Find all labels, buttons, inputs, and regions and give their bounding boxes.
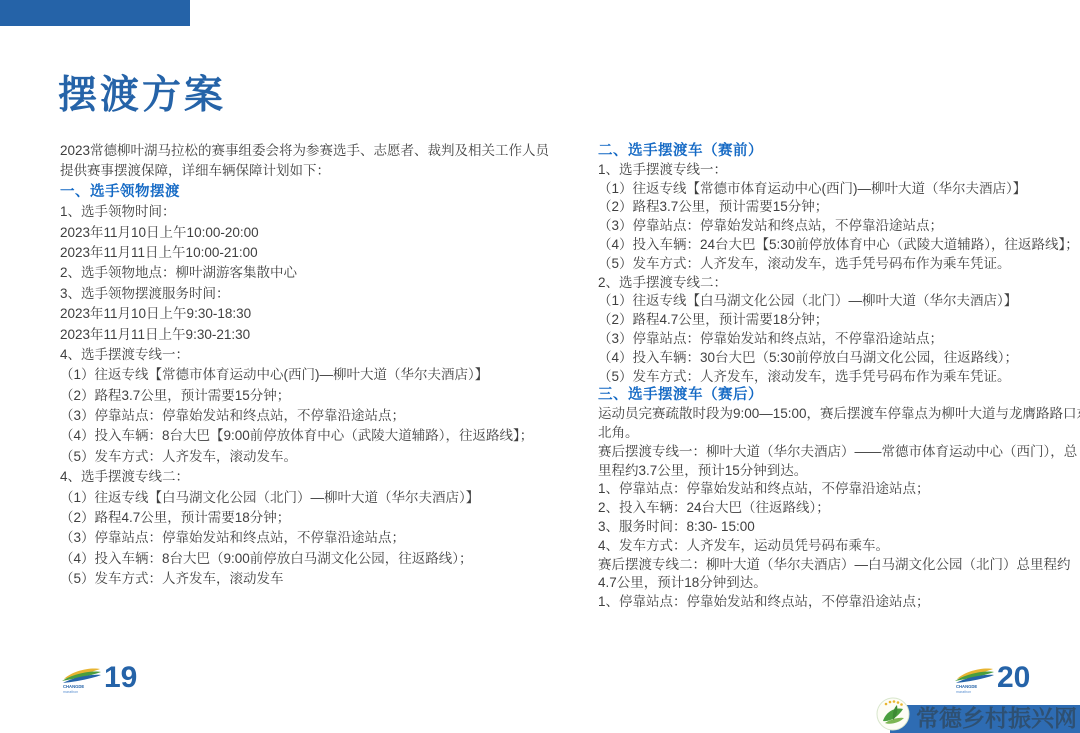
svg-text:CHANGDE: CHANGDE bbox=[956, 684, 977, 689]
svg-text:marathon: marathon bbox=[956, 690, 971, 694]
text-line: 运动员完赛疏散时段为9:00—15:00，赛后摆渡车停靠点为柳叶大道与龙膺路路口… bbox=[598, 405, 1070, 424]
text-line: （1）往返专线【常德市体育运动中心(西门)—柳叶大道（华尔夫酒店）】 bbox=[598, 180, 1070, 199]
text-line: 4.7公里，预计18分钟到达。 bbox=[598, 574, 1070, 593]
text-line: （1）往返专线【常德市体育运动中心(西门)—柳叶大道（华尔夫酒店）】 bbox=[60, 365, 532, 385]
text-line: （3）停靠站点：停靠始发站和终点站，不停靠沿途站点； bbox=[598, 330, 1070, 349]
text-line: （4）投入车辆：30台大巴（5:30前停放白马湖文化公园，往返路线）； bbox=[598, 349, 1070, 368]
text-line: （3）停靠站点：停靠始发站和终点站，不停靠沿途站点； bbox=[60, 528, 532, 548]
text-line: 北角。 bbox=[598, 424, 1070, 443]
text-line: （2）路程3.7公里，预计需要15分钟； bbox=[598, 198, 1070, 217]
section-heading: 二、选手摆渡车（赛前） bbox=[598, 142, 1070, 161]
text-line: 4、发车方式：人齐发车，运动员凭号码布乘车。 bbox=[598, 537, 1070, 556]
text-line: （3）停靠站点：停靠始发站和终点站，不停靠沿途站点； bbox=[60, 406, 532, 426]
text-line: 2023常德柳叶湖马拉松的赛事组委会将为参赛选手、志愿者、裁判及相关工作人员 bbox=[60, 141, 532, 161]
page-title: 摆渡方案 bbox=[58, 64, 226, 120]
section-heading: 三、选手摆渡车（赛后） bbox=[598, 386, 1070, 405]
text-line: 2、选手领物地点：柳叶湖游客集散中心 bbox=[60, 263, 532, 283]
text-line: （5）发车方式：人齐发车，滚动发车，选手凭号码布作为乘车凭证。 bbox=[598, 255, 1070, 274]
text-line: （2）路程4.7公里，预计需要18分钟； bbox=[60, 508, 532, 528]
watermark-logo-icon bbox=[876, 697, 910, 731]
text-line: （4）投入车辆：8台大巴【9:00前停放体育中心（武陵大道辅路），往返路线】； bbox=[60, 426, 532, 446]
text-line: （1）往返专线【白马湖文化公园（北门）—柳叶大道（华尔夫酒店）】 bbox=[598, 292, 1070, 311]
text-line: 2023年11月11日上午10:00-21:00 bbox=[60, 243, 532, 263]
page-number-right: 20 bbox=[997, 661, 1030, 695]
text-line: 赛后摆渡专线二：柳叶大道（华尔夫酒店）—白马湖文化公园（北门）总里程约 bbox=[598, 556, 1070, 575]
text-line: （3）停靠站点：停靠始发站和终点站，不停靠沿途站点； bbox=[598, 217, 1070, 236]
watermark-text: 常德乡村振兴网 bbox=[916, 700, 1080, 733]
text-line: 2、投入车辆：24台大巴（往返路线）； bbox=[598, 499, 1070, 518]
text-line: 里程约3.7公里，预计15分钟到达。 bbox=[598, 462, 1070, 481]
text-line: 2023年11月10日上午9:30-18:30 bbox=[60, 304, 532, 324]
text-line: 1、停靠站点：停靠始发站和终点站，不停靠沿途站点； bbox=[598, 480, 1070, 499]
text-line: （5）发车方式：人齐发车，滚动发车。 bbox=[60, 447, 532, 467]
marathon-logo-icon: CHANGDE marathon bbox=[953, 666, 995, 696]
top-accent-bar bbox=[0, 0, 190, 26]
logo-caption-top: CHANGDE bbox=[63, 684, 84, 689]
text-line: （4）投入车辆：8台大巴（9:00前停放白马湖文化公园，往返路线）； bbox=[60, 549, 532, 569]
page-number-left: 19 bbox=[104, 661, 137, 695]
text-line: （2）路程3.7公里，预计需要15分钟； bbox=[60, 386, 532, 406]
text-line: 2、选手摆渡专线二： bbox=[598, 274, 1070, 293]
text-line: （2）路程4.7公里，预计需要18分钟； bbox=[598, 311, 1070, 330]
text-line: 1、选手摆渡专线一： bbox=[598, 161, 1070, 180]
text-line: 2023年11月11日上午9:30-21:30 bbox=[60, 325, 532, 345]
text-line: （1）往返专线【白马湖文化公园（北门）—柳叶大道（华尔夫酒店）】 bbox=[60, 488, 532, 508]
text-line: 3、服务时间：8:30- 15:00 bbox=[598, 518, 1070, 537]
text-line: 赛后摆渡专线一：柳叶大道（华尔夫酒店）——常德市体育运动中心（西门），总 bbox=[598, 443, 1070, 462]
text-line: 提供赛事摆渡保障，详细车辆保障计划如下： bbox=[60, 161, 532, 181]
text-line: （5）发车方式：人齐发车，滚动发车 bbox=[60, 569, 532, 589]
text-line: 1、停靠站点：停靠始发站和终点站，不停靠沿途站点； bbox=[598, 593, 1070, 612]
text-line: 4、选手摆渡专线一： bbox=[60, 345, 532, 365]
text-line: （5）发车方式：人齐发车，滚动发车，选手凭号码布作为乘车凭证。 bbox=[598, 368, 1070, 387]
text-line: 3、选手领物摆渡服务时间： bbox=[60, 284, 532, 304]
text-line: 2023年11月10日上午10:00-20:00 bbox=[60, 223, 532, 243]
marathon-logo-icon: CHANGDE marathon bbox=[60, 666, 102, 696]
right-column: 二、选手摆渡车（赛前）1、选手摆渡专线一：（1）往返专线【常德市体育运动中心(西… bbox=[598, 142, 1070, 612]
section-heading: 一、选手领物摆渡 bbox=[60, 182, 532, 202]
logo-caption-bottom: marathon bbox=[63, 690, 78, 694]
text-line: 1、选手领物时间： bbox=[60, 202, 532, 222]
text-line: （4）投入车辆：24台大巴【5:30前停放体育中心（武陵大道辅路），往返路线】； bbox=[598, 236, 1070, 255]
left-column: 2023常德柳叶湖马拉松的赛事组委会将为参赛选手、志愿者、裁判及相关工作人员提供… bbox=[60, 141, 532, 590]
text-line: 4、选手摆渡专线二： bbox=[60, 467, 532, 487]
